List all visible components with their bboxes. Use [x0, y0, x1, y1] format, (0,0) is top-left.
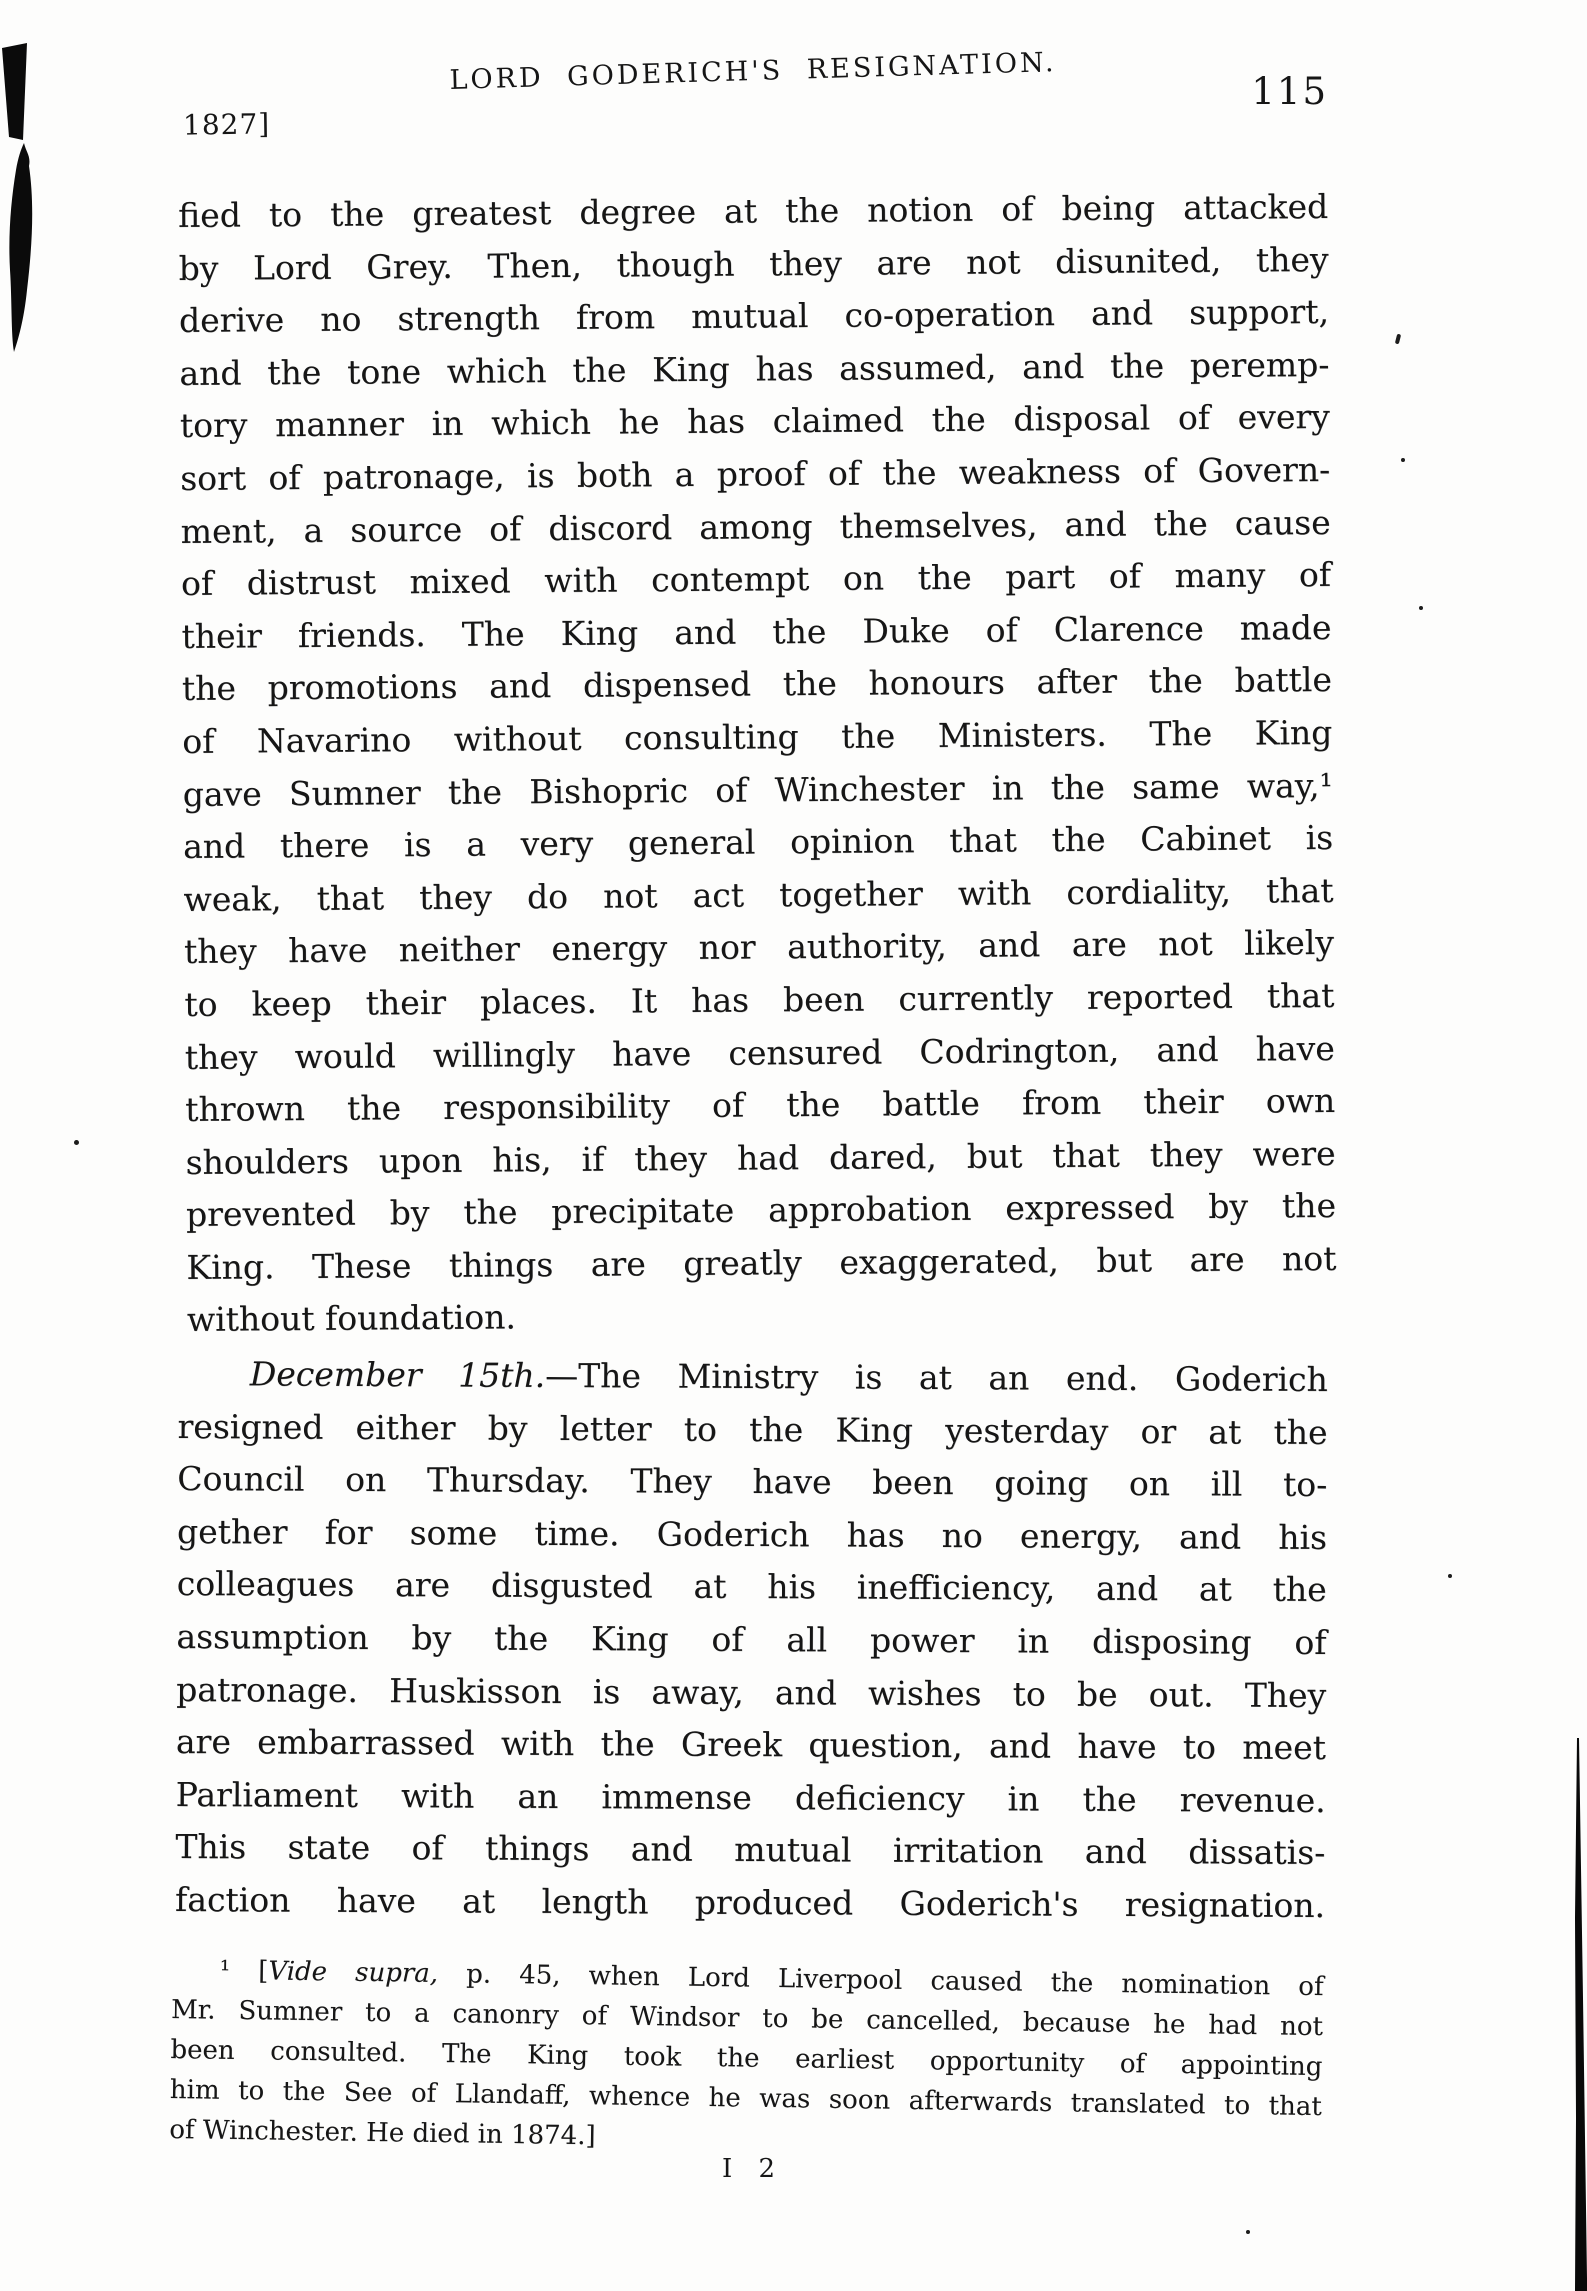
text-line: of Navarino without consulting the Minis… [182, 707, 1332, 769]
text-line: shoulders upon his, if they had dared, b… [185, 1128, 1335, 1190]
text-line: to keep their places. It has been curren… [184, 970, 1334, 1032]
text-line: This state of things and mutual irritati… [175, 1821, 1325, 1880]
italic-text: Vide supra, [268, 1956, 438, 1989]
text-line: gether for some time. Goderich has no en… [177, 1506, 1327, 1565]
text-line: December 15th.—The Ministry is at an end… [178, 1348, 1328, 1407]
signature-mark: I 2 [178, 2154, 1328, 2184]
text-line: they have neither energy nor authority, … [184, 917, 1334, 979]
scan-speck [1395, 334, 1401, 345]
text-line: weak, that they do not act together with… [183, 865, 1333, 927]
scan-speck [1448, 1574, 1452, 1578]
text-line: tory manner in which he has claimed the … [180, 391, 1330, 453]
text-line: fied to the greatest degree at the notio… [178, 181, 1328, 243]
text-line: by Lord Grey. Then, though they are not … [178, 234, 1328, 296]
text-line: resigned either by letter to the King ye… [177, 1401, 1327, 1460]
text-line: the promotions and dispensed the honours… [182, 654, 1332, 716]
text-line: thrown the responsibility of the battle … [185, 1075, 1335, 1137]
text-line: King. These things are greatly exaggerat… [186, 1233, 1336, 1295]
text-line: of distrust mixed with contempt on the p… [181, 549, 1331, 611]
footnote: ¹ [Vide supra, p. 45, when Lord Liverpoo… [169, 1950, 1324, 2167]
body-paragraph-2: December 15th.—The Ministry is at an end… [175, 1348, 1328, 1933]
text-line: faction have at length produced Goderich… [175, 1874, 1325, 1933]
text-line: without foundation. [187, 1285, 1337, 1347]
text-line: patronage. Huskisson is away, and wishes… [176, 1664, 1326, 1723]
text-line: sort of patronage, is both a proof of th… [180, 444, 1330, 506]
scan-speck [1419, 606, 1423, 610]
text-line: gave Sumner the Bishopric of Winchester … [183, 759, 1333, 821]
binding-shadow [1567, 1738, 1587, 2291]
text-line: derive no strength from mutual co-operat… [179, 286, 1329, 348]
text-line: Parliament with an immense deficiency in… [176, 1769, 1326, 1828]
text-line: are embarrassed with the Greek question,… [176, 1716, 1326, 1775]
text-line: they would willingly have censured Codri… [185, 1022, 1335, 1084]
text-line: Council on Thursday. They have been goin… [177, 1453, 1327, 1512]
scan-speck [74, 1140, 79, 1145]
scan-speck [1401, 458, 1405, 462]
body-paragraph-1: fied to the greatest degree at the notio… [178, 181, 1337, 1347]
text-line: assumption by the King of all power in d… [176, 1611, 1326, 1670]
scanned-book-page: { "header": { "year": "1827]", "title": … [0, 0, 1587, 2291]
text-line: and there is a very general opinion that… [183, 812, 1333, 874]
text-line: and the tone which the King has assumed,… [179, 339, 1329, 401]
page-number: 115 [178, 70, 1328, 113]
text-line: ment, a source of discord among themselv… [180, 497, 1330, 559]
ink-smudge [0, 40, 52, 360]
italic-text: December 15th. [250, 1354, 545, 1395]
scan-speck [1246, 2230, 1250, 2234]
text-line: their friends. The King and the Duke of … [181, 602, 1331, 664]
text-line: prevented by the precipitate approbation… [186, 1180, 1336, 1242]
text-line: colleagues are disgusted at his ineffici… [177, 1558, 1327, 1617]
